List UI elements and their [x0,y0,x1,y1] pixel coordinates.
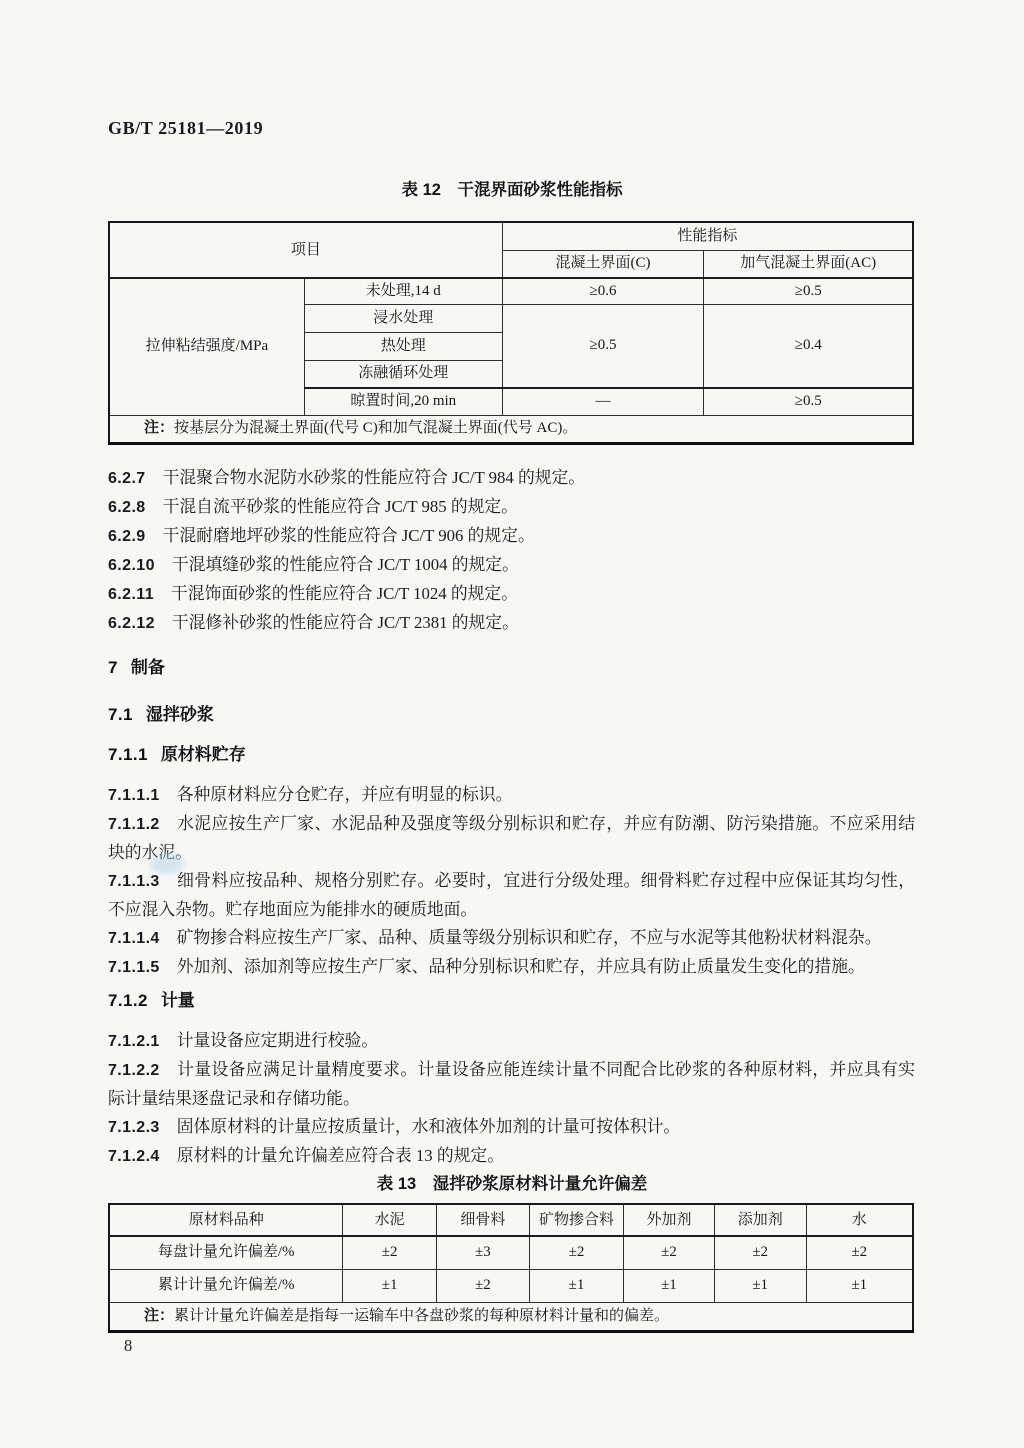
clause-text: 干混填缝砂浆的性能应符合 JC/T 1004 的规定。 [172,555,519,574]
t13-header-admixture: 外加剂 [624,1204,715,1236]
clause-7-1-2-4: 7.1.2.4原材料的计量允许偏差应符合表 13 的规定。 [108,1142,915,1171]
t13-row-per-batch: 每盘计量允许偏差/% ±2 ±3 ±2 ±2 ±2 ±2 [109,1236,913,1269]
clause-text: 干混饰面砂浆的性能应符合 JC/T 1024 的规定。 [171,584,518,603]
clause-number: 6.2.12 [108,615,155,632]
t13-header-cement: 水泥 [343,1204,436,1236]
t12-open-time-label: 晾置时间,20 min [304,388,502,415]
clause-6-2-10: 6.2.10干混填缝砂浆的性能应符合 JC/T 1004 的规定。 [108,551,915,580]
heading-title: 计量 [161,991,195,1010]
table-13: 原材料品种 水泥 细骨料 矿物掺合料 外加剂 添加剂 水 每盘计量允许偏差/% … [108,1203,914,1333]
clause-text: 水泥应按生产厂家、水泥品种及强度等级分别标识和贮存，并应有防潮、防污染措施。不应… [108,814,915,862]
t12-merged-c: ≥0.5 [502,304,704,388]
clause-number: 6.2.7 [108,470,146,487]
heading-7: 7制备 [108,658,915,678]
standard-number: GB/T 25181—2019 [108,118,263,139]
clause-number: 7.1.1.4 [108,930,160,947]
t12-note-text: 按基层分为混凝土界面(代号 C)和加气混凝土界面(代号 AC)。 [174,420,577,436]
heading-7-1: 7.1湿拌砂浆 [108,705,915,725]
table-12: 项目 性能指标 混凝土界面(C) 加气混凝土界面(AC) 拉伸粘结强度/MPa … [108,221,914,445]
heading-7-1-2: 7.1.2计量 [108,991,915,1011]
clause-6-2-12: 6.2.12干混修补砂浆的性能应符合 JC/T 2381 的规定。 [108,609,915,638]
t13-header-fine-aggregate: 细骨料 [436,1204,529,1236]
clause-6-2-9: 6.2.9干混耐磨地坪砂浆的性能应符合 JC/T 906 的规定。 [108,522,915,551]
clause-text: 干混耐磨地坪砂浆的性能应符合 JC/T 906 的规定。 [163,526,535,545]
t13-row-label: 累计计量允许偏差/% [109,1269,343,1302]
document-page: GB/T 25181—2019 表 12 干混界面砂浆性能指标 项目 性能指标 … [0,0,1024,1448]
clause-7-1-1-1: 7.1.1.1各种原材料应分仓贮存，并应有明显的标识。 [108,781,915,810]
clause-text: 干混自流平砂浆的性能应符合 JC/T 985 的规定。 [163,497,518,516]
t13-cell: ±2 [529,1236,623,1269]
t13-header-material: 原材料品种 [109,1204,343,1236]
t13-cell: ±2 [343,1236,436,1269]
clause-7-1-1-3: 7.1.1.3细骨料应按品种、规格分别贮存。必要时，宜进行分级处理。细骨料贮存过… [108,867,915,924]
clauses-7-1-2-block: 7.1.2.1计量设备应定期进行校验。 7.1.2.2计量设备应满足计量精度要求… [108,1027,915,1171]
t12-note-row: 注：按基层分为混凝土界面(代号 C)和加气混凝土界面(代号 AC)。 [109,415,913,443]
scan-smudge [150,854,184,874]
clause-number: 7.1.1.3 [108,873,160,890]
clause-text: 干混聚合物水泥防水砂浆的性能应符合 JC/T 984 的规定。 [163,468,586,487]
t13-row-label: 每盘计量允许偏差/% [109,1236,343,1269]
clause-text: 计量设备应满足计量精度要求。计量设备应能连续计量不同配合比砂浆的各种原材料，并应… [108,1060,915,1108]
clause-number: 7.1.1.5 [108,959,160,976]
clause-7-1-2-2: 7.1.2.2计量设备应满足计量精度要求。计量设备应能连续计量不同配合比砂浆的各… [108,1056,915,1113]
t13-header-additive: 添加剂 [714,1204,806,1236]
t12-header-aerated-concrete: 加气混凝土界面(AC) [704,250,913,278]
clause-text: 细骨料应按品种、规格分别贮存。必要时，宜进行分级处理。细骨料贮存过程中应保证其均… [108,871,915,919]
clause-number: 7.1.2.3 [108,1119,160,1136]
table12-caption: 表 12 干混界面砂浆性能指标 [0,176,1024,200]
t13-header-row: 原材料品种 水泥 细骨料 矿物掺合料 外加剂 添加剂 水 [109,1204,913,1236]
clause-number: 6.2.11 [108,586,154,603]
clauses-7-1-1-block: 7.1.1.1各种原材料应分仓贮存，并应有明显的标识。 7.1.1.2水泥应按生… [108,781,915,982]
t12-group-label: 拉伸粘结强度/MPa [109,278,304,415]
t12-untreated-ac: ≥0.5 [704,278,913,304]
clause-text: 计量设备应定期进行校验。 [177,1031,378,1050]
t13-cell: ±1 [529,1269,623,1302]
t12-note-label: 注： [144,419,174,436]
clause-number: 7.1.2.1 [108,1033,160,1050]
t13-cell: ±1 [806,1269,913,1302]
t13-note-label: 注： [144,1307,174,1324]
clause-number: 7.1.1.1 [108,787,160,804]
clause-7-1-2-3: 7.1.2.3固体原材料的计量应按质量计，水和液体外加剂的计量可按体积计。 [108,1113,915,1142]
clause-text: 原材料的计量允许偏差应符合表 13 的规定。 [177,1146,504,1165]
t12-row-untreated: 拉伸粘结强度/MPa 未处理,14 d ≥0.6 ≥0.5 [109,278,913,304]
clause-text: 矿物掺合料应按生产厂家、品种、质量等级分别标识和贮存，不应与水泥等其他粉状材料混… [177,928,882,947]
clause-7-1-2-1: 7.1.2.1计量设备应定期进行校验。 [108,1027,915,1056]
heading-7-1-1: 7.1.1原材料贮存 [108,745,915,765]
heading-number: 7 [108,658,118,677]
t13-header-water: 水 [806,1204,913,1236]
t12-heat-label: 热处理 [304,332,502,360]
clause-7-1-1-5: 7.1.1.5外加剂、添加剂等应按生产厂家、品种分别标识和贮存，并应具有防止质量… [108,953,915,982]
t12-open-time-ac: ≥0.5 [704,388,913,415]
heading-title: 制备 [131,658,165,677]
t13-header-mineral-admixture: 矿物掺合料 [529,1204,623,1236]
clause-text: 干混修补砂浆的性能应符合 JC/T 2381 的规定。 [172,613,519,632]
t13-cell: ±1 [343,1269,436,1302]
t13-cell: ±2 [624,1236,715,1269]
clause-7-1-1-4: 7.1.1.4矿物掺合料应按生产厂家、品种、质量等级分别标识和贮存，不应与水泥等… [108,924,915,953]
clause-text: 各种原材料应分仓贮存，并应有明显的标识。 [177,785,513,804]
clause-6-2-11: 6.2.11干混饰面砂浆的性能应符合 JC/T 1024 的规定。 [108,580,915,609]
t12-freeze-thaw-label: 冻融循环处理 [304,360,502,388]
clauses-6-2-block: 6.2.7干混聚合物水泥防水砂浆的性能应符合 JC/T 984 的规定。 6.2… [108,464,915,638]
t13-note-cell: 注：累计计量允许偏差是指每一运输车中各盘砂浆的每种原材料计量和的偏差。 [109,1302,913,1331]
t12-header-item: 项目 [109,222,502,278]
t13-cell: ±1 [624,1269,715,1302]
clause-number: 7.1.2.2 [108,1062,160,1079]
clause-text: 固体原材料的计量应按质量计，水和液体外加剂的计量可按体积计。 [177,1117,680,1136]
t12-untreated-label: 未处理,14 d [304,278,502,304]
t13-row-cumulative: 累计计量允许偏差/% ±1 ±2 ±1 ±1 ±1 ±1 [109,1269,913,1302]
t12-untreated-c: ≥0.6 [502,278,704,304]
t13-cell: ±2 [806,1236,913,1269]
clause-text: 外加剂、添加剂等应按生产厂家、品种分别标识和贮存，并应具有防止质量发生变化的措施… [177,957,865,976]
clause-number: 7.1.1.2 [108,816,160,833]
t13-note-text: 累计计量允许偏差是指每一运输车中各盘砂浆的每种原材料计量和的偏差。 [174,1308,669,1324]
heading-title: 湿拌砂浆 [146,705,214,724]
table13-caption: 表 13 湿拌砂浆原材料计量允许偏差 [0,1170,1024,1194]
t12-header-concrete: 混凝土界面(C) [502,250,704,278]
clause-6-2-8: 6.2.8干混自流平砂浆的性能应符合 JC/T 985 的规定。 [108,493,915,522]
clause-number: 6.2.9 [108,528,146,545]
clause-number: 6.2.10 [108,557,155,574]
t12-header-performance: 性能指标 [502,222,913,250]
heading-number: 7.1 [108,705,133,724]
heading-number: 7.1.1 [108,745,148,764]
heading-title: 原材料贮存 [161,745,246,764]
t13-note-row: 注：累计计量允许偏差是指每一运输车中各盘砂浆的每种原材料计量和的偏差。 [109,1302,913,1331]
page-number: 8 [124,1336,132,1356]
t13-cell: ±2 [714,1236,806,1269]
clause-number: 7.1.2.4 [108,1148,160,1165]
t12-open-time-c: — [502,388,704,415]
t13-cell: ±3 [436,1236,529,1269]
heading-number: 7.1.2 [108,991,148,1010]
clause-6-2-7: 6.2.7干混聚合物水泥防水砂浆的性能应符合 JC/T 984 的规定。 [108,464,915,493]
t13-cell: ±1 [714,1269,806,1302]
t12-merged-ac: ≥0.4 [704,304,913,388]
t12-water-immersion-label: 浸水处理 [304,304,502,332]
t12-header-row-1: 项目 性能指标 [109,222,913,250]
t13-cell: ±2 [436,1269,529,1302]
clause-7-1-1-2: 7.1.1.2水泥应按生产厂家、水泥品种及强度等级分别标识和贮存，并应有防潮、防… [108,810,915,867]
t12-note-cell: 注：按基层分为混凝土界面(代号 C)和加气混凝土界面(代号 AC)。 [109,415,913,443]
clause-number: 6.2.8 [108,499,146,516]
